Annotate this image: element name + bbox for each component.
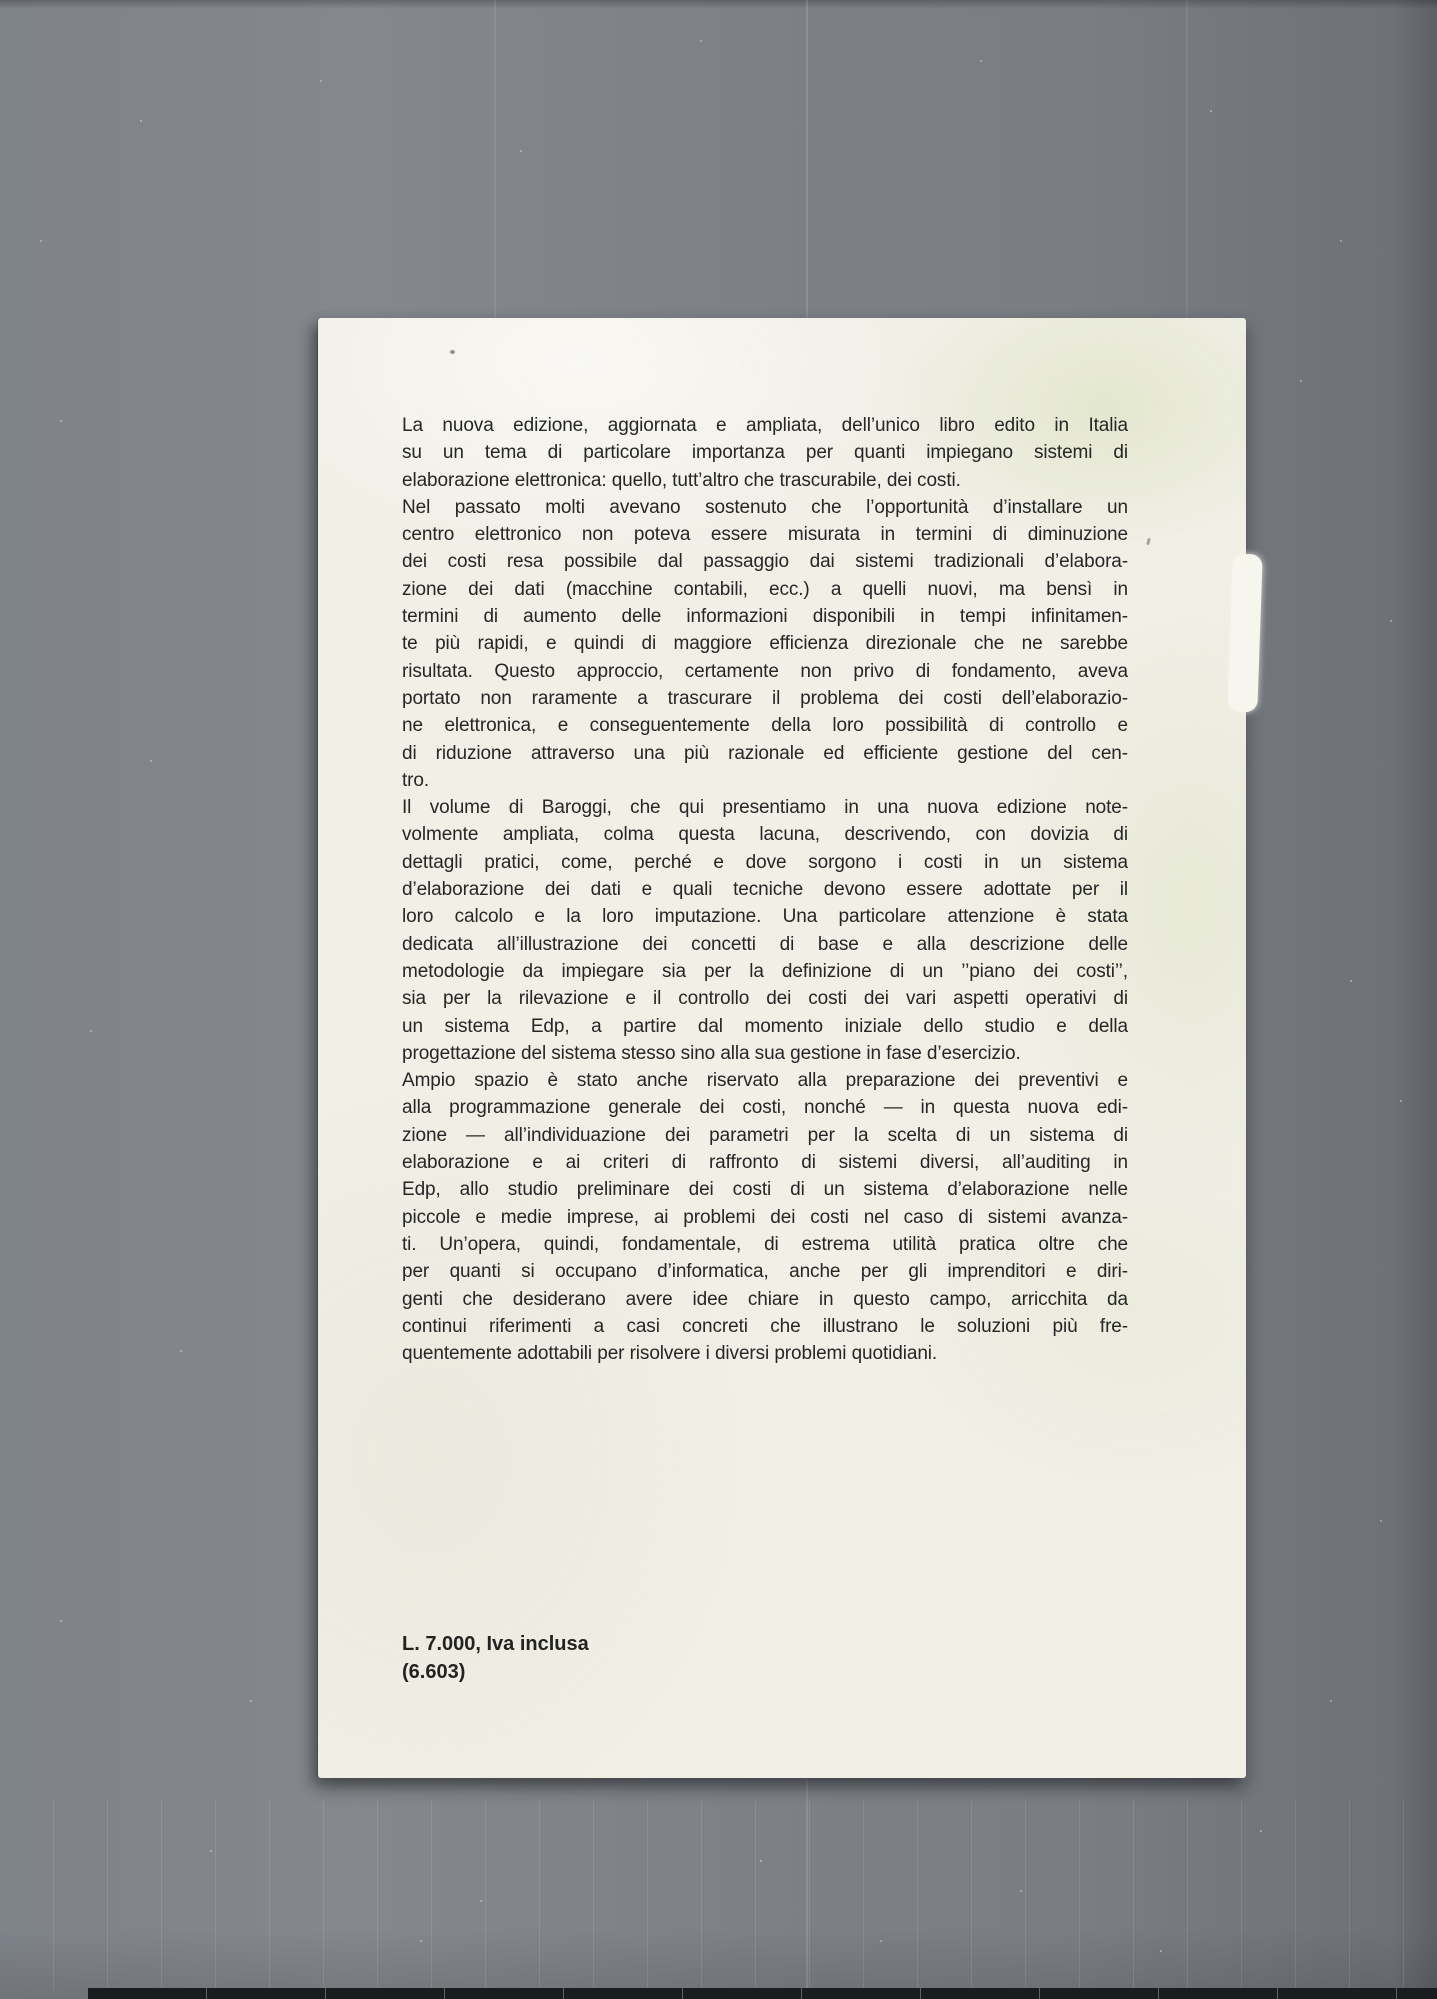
blurb-line: dettagli pratici, come, perché e dove so…	[402, 849, 1128, 876]
blurb-line: su un tema di particolare importanza per…	[402, 439, 1128, 466]
blurb-line: zione — all’individuazione dei parametri…	[402, 1122, 1128, 1149]
blurb-line: dedicata all’illustrazione dei concetti …	[402, 931, 1128, 958]
blurb-line: centro elettronico non poteva essere mis…	[402, 521, 1128, 548]
blurb-line: ne elettronica, e conseguentemente della…	[402, 712, 1128, 739]
blurb-line: piccole e medie imprese, ai problemi dei…	[402, 1204, 1128, 1231]
blurb-line: metodologie da impiegare sia per la defi…	[402, 958, 1128, 985]
scanner-background: La nuova edizione, aggiornata e ampliata…	[0, 0, 1437, 1999]
blurb-line: loro calcolo e la loro imputazione. Una …	[402, 903, 1128, 930]
blurb-line: alla programmazione generale dei costi, …	[402, 1094, 1128, 1121]
book-back-cover: La nuova edizione, aggiornata e ampliata…	[318, 318, 1246, 1778]
blurb-line: La nuova edizione, aggiornata e ampliata…	[402, 412, 1128, 439]
scan-streak-vertical	[494, 0, 496, 330]
scan-streak-vertical	[1186, 0, 1188, 318]
blurb-line: continui riferimenti a casi concreti che…	[402, 1313, 1128, 1340]
blurb-line: genti che desiderano avere idee chiare i…	[402, 1286, 1128, 1313]
blurb-line: ti. Un’opera, quindi, fondamentale, di e…	[402, 1231, 1128, 1258]
paper-speck	[1146, 538, 1151, 546]
back-cover-blurb: La nuova edizione, aggiornata e ampliata…	[402, 412, 1128, 1367]
blurb-line: risultata. Questo approccio, certamente …	[402, 658, 1128, 685]
blurb-line: portato non raramente a trascurare il pr…	[402, 685, 1128, 712]
catalog-number: (6.603)	[402, 1658, 589, 1686]
blurb-line: zione dei dati (macchine contabili, ecc.…	[402, 576, 1128, 603]
blurb-line: per quanti si occupano d’informatica, an…	[402, 1258, 1128, 1285]
page-edge-tear	[1227, 554, 1262, 713]
price-line: L. 7.000, Iva inclusa	[402, 1630, 589, 1658]
blurb-line: quentemente adottabili per risolvere i d…	[402, 1340, 1128, 1367]
scan-dust-specks	[0, 0, 2, 2]
paper-speck	[450, 350, 455, 354]
blurb-line: d’elaborazione dei dati e quali tecniche…	[402, 876, 1128, 903]
blurb-line: un sistema Edp, a partire dal momento in…	[402, 1013, 1128, 1040]
blurb-line: elaborazione elettronica: quello, tutt’a…	[402, 467, 1128, 494]
blurb-line: Edp, allo studio preliminare dei costi d…	[402, 1176, 1128, 1203]
scan-bottom-strip	[88, 1988, 1437, 1999]
blurb-line: volmente ampliata, colma questa lacuna, …	[402, 821, 1128, 848]
blurb-line: elaborazione e ai criteri di raffronto d…	[402, 1149, 1128, 1176]
blurb-line: tro.	[402, 767, 1128, 794]
blurb-line: Ampio spazio è stato anche riservato all…	[402, 1067, 1128, 1094]
blurb-line: sia per la rilevazione e il controllo de…	[402, 985, 1128, 1012]
blurb-line: Nel passato molti avevano sostenuto che …	[402, 494, 1128, 521]
blurb-line: termini di aumento delle informazioni di…	[402, 603, 1128, 630]
blurb-line: Il volume di Baroggi, che qui presentiam…	[402, 794, 1128, 821]
blurb-line: dei costi resa possibile dal passaggio d…	[402, 548, 1128, 575]
price-block: L. 7.000, Iva inclusa (6.603)	[402, 1630, 589, 1686]
blurb-line: progettazione del sistema stesso sino al…	[402, 1040, 1128, 1067]
blurb-line: di riduzione attraverso una più razional…	[402, 740, 1128, 767]
scan-scratches	[0, 1800, 1437, 1990]
blurb-line: te più rapidi, e quindi di maggiore effi…	[402, 630, 1128, 657]
